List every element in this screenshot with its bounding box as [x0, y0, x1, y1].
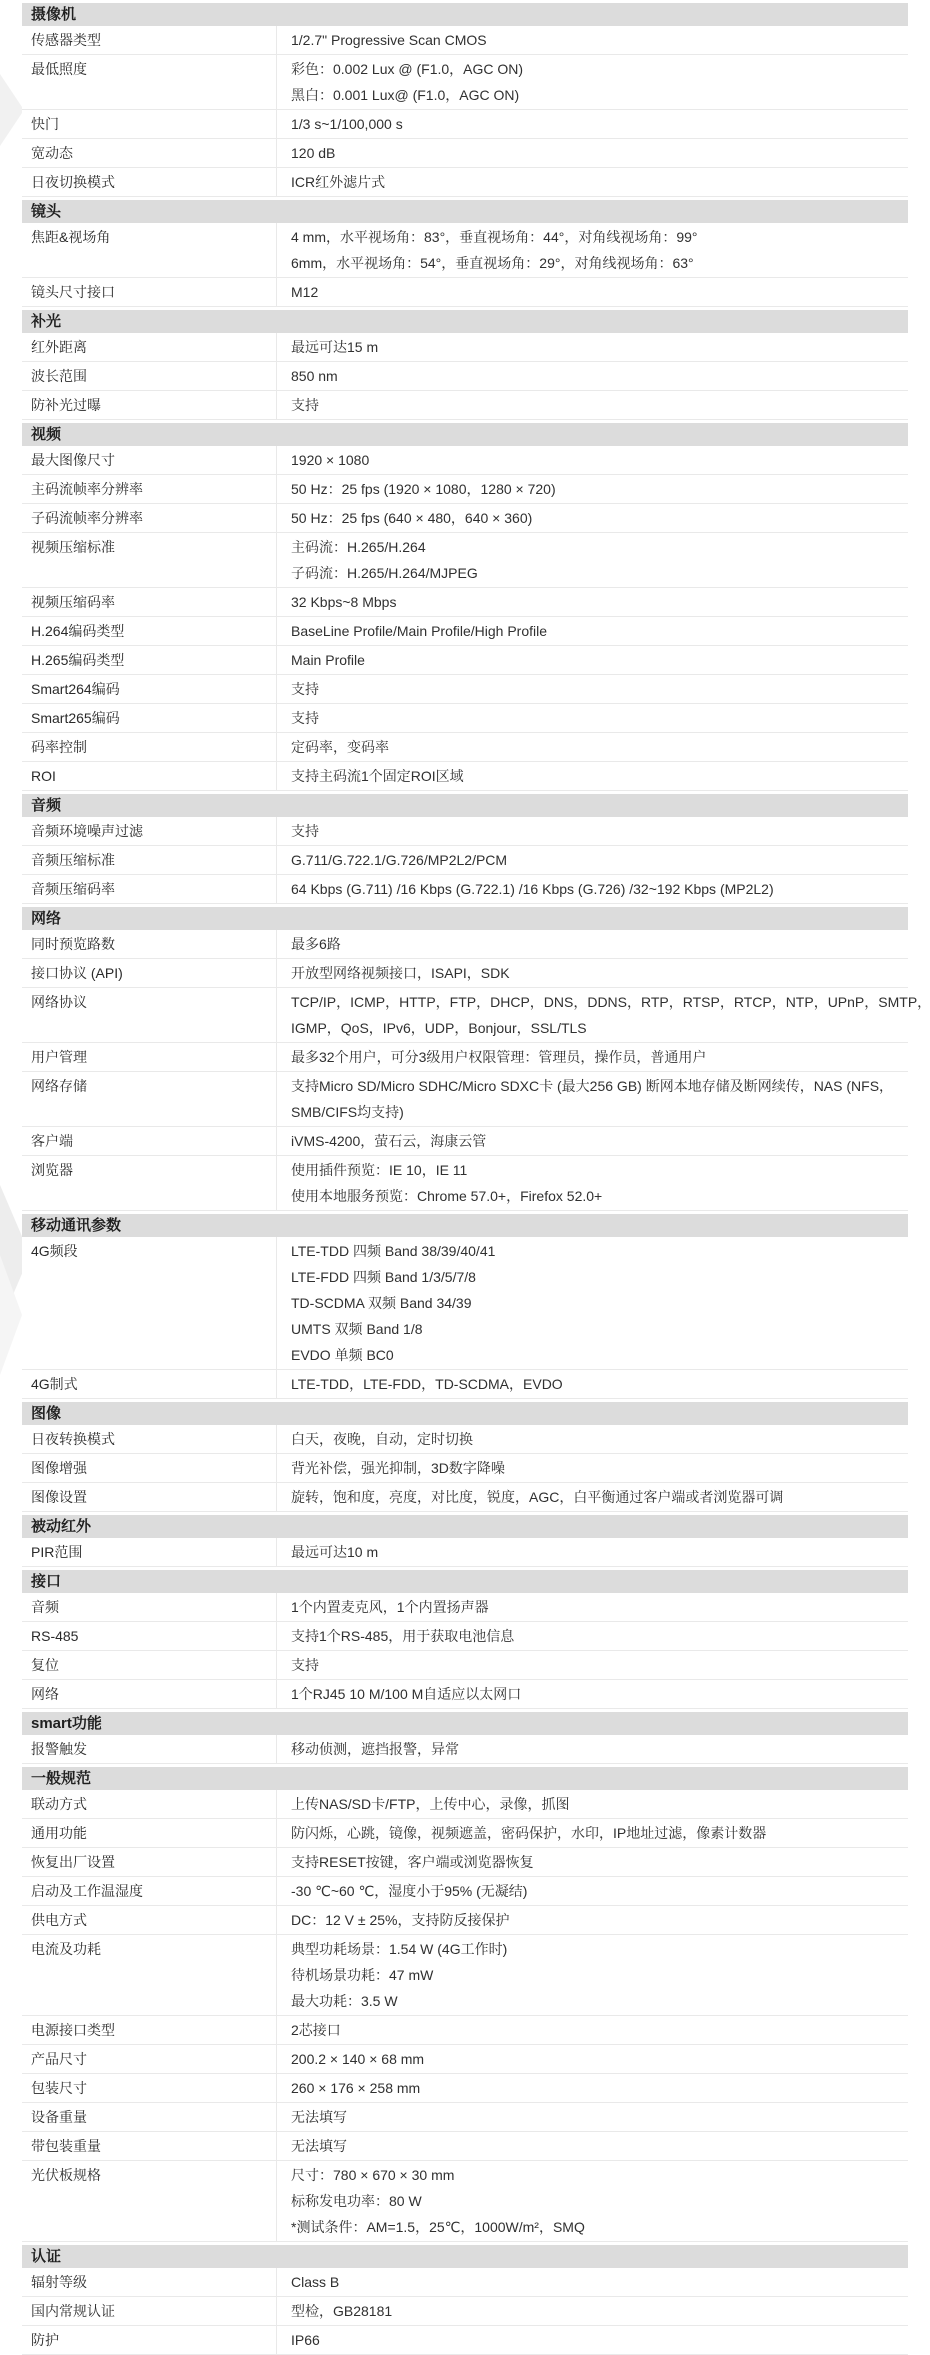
- spec-row: 复位支持: [22, 1651, 908, 1680]
- spec-value: 50 Hz：25 fps (640 × 480，640 × 360): [277, 504, 908, 532]
- spec-row: 音频1个内置麦克风，1个内置扬声器: [22, 1593, 908, 1622]
- spec-value: 120 dB: [277, 139, 908, 167]
- watermark-pattern: [0, 20, 24, 200]
- spec-label: 宽动态: [22, 139, 277, 167]
- spec-label-text: 图像设置: [31, 1484, 268, 1510]
- spec-row: 光伏板规格尺寸：780 × 670 × 30 mm标称发电功率：80 W*测试条…: [22, 2161, 908, 2242]
- spec-value: 260 × 176 × 258 mm: [277, 2074, 908, 2102]
- spec-value: 1/2.7" Progressive Scan CMOS: [277, 26, 908, 54]
- spec-label: Smart264编码: [22, 675, 277, 703]
- section-header: 视频: [22, 423, 908, 446]
- spec-value: 移动侦测，遮挡报警，异常: [277, 1735, 908, 1763]
- spec-label: 产品尺寸: [22, 2045, 277, 2073]
- spec-label-text: 焦距&视场角: [31, 224, 268, 250]
- spec-row: 日夜转换模式白天，夜晚，自动，定时切换: [22, 1425, 908, 1454]
- spec-value-line: 6mm，水平视场角：54°，垂直视场角：29°，对角线视场角：63°: [291, 250, 902, 276]
- spec-label: 接口协议 (API): [22, 959, 277, 987]
- spec-value: 支持: [277, 675, 908, 703]
- spec-value: 防闪烁，心跳，镜像，视频遮盖，密码保护，水印，IP地址过滤，像素计数器: [277, 1819, 908, 1847]
- spec-row: 恢复出厂设置支持RESET按键，客户端或浏览器恢复: [22, 1848, 908, 1877]
- spec-value-line: 1/2.7" Progressive Scan CMOS: [291, 27, 902, 53]
- spec-label: ROI: [22, 762, 277, 790]
- spec-value: 200.2 × 140 × 68 mm: [277, 2045, 908, 2073]
- spec-label-text: 网络: [31, 1681, 268, 1707]
- spec-value-line: 使用本地服务预览：Chrome 57.0+，Firefox 52.0+: [291, 1183, 902, 1209]
- spec-value: 850 nm: [277, 362, 908, 390]
- spec-value-line: 上传NAS/SD卡/FTP，上传中心，录像，抓图: [291, 1791, 902, 1817]
- spec-label-text: 恢复出厂设置: [31, 1849, 268, 1875]
- spec-label: 快门: [22, 110, 277, 138]
- spec-row: 4G频段LTE-TDD 四频 Band 38/39/40/41LTE-FDD 四…: [22, 1237, 908, 1370]
- spec-label-text: 音频环境噪声过滤: [31, 818, 268, 844]
- spec-value-line: 最大功耗：3.5 W: [291, 1988, 902, 2014]
- spec-value-line: 2芯接口: [291, 2017, 902, 2043]
- spec-value-line: TCP/IP，ICMP，HTTP，FTP，DHCP，DNS，DDNS，RTP，R…: [291, 989, 930, 1015]
- spec-value: Main Profile: [277, 646, 908, 674]
- spec-value-line: 背光补偿，强光抑制，3D数字降噪: [291, 1455, 902, 1481]
- spec-value: 最远可达10 m: [277, 1538, 908, 1566]
- spec-label: 网络存储: [22, 1072, 277, 1126]
- spec-label-text: 设备重量: [31, 2104, 268, 2130]
- spec-label-text: 国内常规认证: [31, 2298, 268, 2324]
- spec-label: 图像设置: [22, 1483, 277, 1511]
- spec-row: 辐射等级Class B: [22, 2268, 908, 2297]
- section-header: 接口: [22, 1570, 908, 1593]
- spec-label-text: Smart265编码: [31, 705, 268, 731]
- spec-value-line: 支持: [291, 1652, 902, 1678]
- section-header: 网络: [22, 907, 908, 930]
- spec-value-line: UMTS 双频 Band 1/8: [291, 1316, 902, 1342]
- spec-row: 启动及工作温湿度-30 ℃~60 ℃，湿度小于95% (无凝结): [22, 1877, 908, 1906]
- spec-label: 用户管理: [22, 1043, 277, 1071]
- spec-page: 摄像机传感器类型1/2.7" Progressive Scan CMOS最低照度…: [0, 0, 930, 2355]
- spec-value-line: 支持: [291, 676, 902, 702]
- spec-label: 带包装重量: [22, 2132, 277, 2160]
- spec-row: PIR范围最远可达10 m: [22, 1538, 908, 1567]
- spec-label-text: 报警触发: [31, 1736, 268, 1762]
- spec-value: 支持: [277, 1651, 908, 1679]
- spec-value-line: 64 Kbps (G.711) /16 Kbps (G.722.1) /16 K…: [291, 876, 902, 902]
- spec-value: 支持Micro SD/Micro SDHC/Micro SDXC卡 (最大256…: [277, 1072, 908, 1126]
- spec-label: 电流及功耗: [22, 1935, 277, 2015]
- spec-label-text: ROI: [31, 763, 268, 789]
- spec-label: 恢复出厂设置: [22, 1848, 277, 1876]
- spec-value: 主码流：H.265/H.264子码流：H.265/H.264/MJPEG: [277, 533, 908, 587]
- spec-value: 白天，夜晚，自动，定时切换: [277, 1425, 908, 1453]
- spec-row: 国内常规认证型检，GB28181: [22, 2297, 908, 2326]
- spec-label: 焦距&视场角: [22, 223, 277, 277]
- spec-label-text: 包装尺寸: [31, 2075, 268, 2101]
- section-header: 音频: [22, 794, 908, 817]
- spec-value-line: 50 Hz：25 fps (640 × 480，640 × 360): [291, 505, 902, 531]
- section-header: smart功能: [22, 1712, 908, 1735]
- spec-label-text: Smart264编码: [31, 676, 268, 702]
- spec-value-line: 定码率，变码率: [291, 734, 902, 760]
- spec-label: 客户端: [22, 1127, 277, 1155]
- spec-label-text: 最低照度: [31, 56, 268, 82]
- spec-label: 最大图像尺寸: [22, 446, 277, 474]
- spec-value-line: LTE-FDD 四频 Band 1/3/5/7/8: [291, 1264, 902, 1290]
- spec-row: 供电方式DC：12 V ± 25%，支持防反接保护: [22, 1906, 908, 1935]
- spec-value-line: 防闪烁，心跳，镜像，视频遮盖，密码保护，水印，IP地址过滤，像素计数器: [291, 1820, 902, 1846]
- spec-label: 浏览器: [22, 1156, 277, 1210]
- spec-label-text: 音频压缩码率: [31, 876, 268, 902]
- spec-label-text: PIR范围: [31, 1539, 268, 1565]
- spec-value-line: 支持Micro SD/Micro SDHC/Micro SDXC卡 (最大256…: [291, 1073, 902, 1099]
- spec-label-text: 通用功能: [31, 1820, 268, 1846]
- spec-value-line: -30 ℃~60 ℃，湿度小于95% (无凝结): [291, 1878, 902, 1904]
- spec-row: 最低照度彩色：0.002 Lux @ (F1.0，AGC ON)黑白：0.001…: [22, 55, 908, 110]
- spec-row: 同时预览路数最多6路: [22, 930, 908, 959]
- spec-label-text: 网络存储: [31, 1073, 268, 1099]
- spec-row: 设备重量无法填写: [22, 2103, 908, 2132]
- spec-value-line: G.711/G.722.1/G.726/MP2L2/PCM: [291, 847, 902, 873]
- spec-value-line: 尺寸：780 × 670 × 30 mm: [291, 2162, 902, 2188]
- spec-row: 音频环境噪声过滤支持: [22, 817, 908, 846]
- section-header: 移动通讯参数: [22, 1214, 908, 1237]
- spec-row: 报警触发移动侦测，遮挡报警，异常: [22, 1735, 908, 1764]
- spec-label: 包装尺寸: [22, 2074, 277, 2102]
- spec-label-text: 客户端: [31, 1128, 268, 1154]
- spec-label: H.265编码类型: [22, 646, 277, 674]
- spec-value-line: 旋转，饱和度，亮度，对比度，锐度，AGC，白平衡通过客户端或者浏览器可调: [291, 1484, 902, 1510]
- spec-value-line: LTE-TDD，LTE-FDD，TD-SCDMA，EVDO: [291, 1371, 902, 1397]
- spec-label: 音频环境噪声过滤: [22, 817, 277, 845]
- spec-label: 视频压缩标准: [22, 533, 277, 587]
- spec-row: 视频压缩码率32 Kbps~8 Mbps: [22, 588, 908, 617]
- spec-label-text: 带包装重量: [31, 2133, 268, 2159]
- spec-label: Smart265编码: [22, 704, 277, 732]
- spec-value: 背光补偿，强光抑制，3D数字降噪: [277, 1454, 908, 1482]
- spec-value-line: 支持RESET按键，客户端或浏览器恢复: [291, 1849, 902, 1875]
- spec-value: 典型功耗场景：1.54 W (4G工作时)待机场景功耗：47 mW最大功耗：3.…: [277, 1935, 908, 2015]
- spec-row: 网络1个RJ45 10 M/100 M自适应以太网口: [22, 1680, 908, 1709]
- spec-row: 电源接口类型2芯接口: [22, 2016, 908, 2045]
- spec-value: 支持: [277, 817, 908, 845]
- spec-label-text: 日夜切换模式: [31, 169, 268, 195]
- spec-label-text: 产品尺寸: [31, 2046, 268, 2072]
- section-header: 图像: [22, 1402, 908, 1425]
- spec-label-text: 光伏板规格: [31, 2162, 268, 2188]
- spec-label-text: 用户管理: [31, 1044, 268, 1070]
- section-header: 认证: [22, 2245, 908, 2268]
- spec-row: 焦距&视场角4 mm，水平视场角：83°，垂直视场角：44°，对角线视场角：99…: [22, 223, 908, 278]
- spec-label-text: 启动及工作温湿度: [31, 1878, 268, 1904]
- spec-row: 带包装重量无法填写: [22, 2132, 908, 2161]
- spec-row: 快门1/3 s~1/100,000 s: [22, 110, 908, 139]
- spec-label-text: 视频压缩码率: [31, 589, 268, 615]
- spec-value: G.711/G.722.1/G.726/MP2L2/PCM: [277, 846, 908, 874]
- spec-row: 防补光过曝支持: [22, 391, 908, 420]
- spec-value: 支持主码流1个固定ROI区域: [277, 762, 908, 790]
- spec-value-line: 开放型网络视频接口，ISAPI，SDK: [291, 960, 902, 986]
- spec-value: 最远可达15 m: [277, 333, 908, 361]
- spec-label-text: 红外距离: [31, 334, 268, 360]
- spec-label: 音频压缩码率: [22, 875, 277, 903]
- spec-value: 2芯接口: [277, 2016, 908, 2044]
- spec-label-text: 最大图像尺寸: [31, 447, 268, 473]
- spec-row: 红外距离最远可达15 m: [22, 333, 908, 362]
- spec-label: 日夜切换模式: [22, 168, 277, 196]
- spec-label: 最低照度: [22, 55, 277, 109]
- spec-row: Smart264编码支持: [22, 675, 908, 704]
- spec-value: ICR红外滤片式: [277, 168, 908, 196]
- spec-label: 防护: [22, 2326, 277, 2354]
- spec-label: 复位: [22, 1651, 277, 1679]
- spec-label: 音频: [22, 1593, 277, 1621]
- spec-value: 支持RESET按键，客户端或浏览器恢复: [277, 1848, 908, 1876]
- spec-label-text: 传感器类型: [31, 27, 268, 53]
- spec-label: PIR范围: [22, 1538, 277, 1566]
- spec-row: RS-485支持1个RS-485，用于获取电池信息: [22, 1622, 908, 1651]
- spec-value: iVMS-4200，萤石云，海康云管: [277, 1127, 908, 1155]
- spec-row: 音频压缩码率64 Kbps (G.711) /16 Kbps (G.722.1)…: [22, 875, 908, 904]
- spec-label-text: 宽动态: [31, 140, 268, 166]
- spec-value: 无法填写: [277, 2103, 908, 2131]
- spec-value: 上传NAS/SD卡/FTP，上传中心，录像，抓图: [277, 1790, 908, 1818]
- spec-value: 支持1个RS-485，用于获取电池信息: [277, 1622, 908, 1650]
- spec-value-line: 彩色：0.002 Lux @ (F1.0，AGC ON): [291, 56, 902, 82]
- spec-value-line: 1/3 s~1/100,000 s: [291, 111, 902, 137]
- spec-label-text: 图像增强: [31, 1455, 268, 1481]
- spec-value-line: 移动侦测，遮挡报警，异常: [291, 1736, 902, 1762]
- spec-value: 支持: [277, 391, 908, 419]
- spec-value-line: 典型功耗场景：1.54 W (4G工作时): [291, 1936, 902, 1962]
- spec-value-line: IGMP，QoS，IPv6，UDP，Bonjour，SSL/TLS: [291, 1015, 930, 1041]
- spec-label: 防补光过曝: [22, 391, 277, 419]
- spec-row: 最大图像尺寸1920 × 1080: [22, 446, 908, 475]
- spec-label: 报警触发: [22, 1735, 277, 1763]
- spec-label: 同时预览路数: [22, 930, 277, 958]
- spec-value-line: SMB/CIFS均支持): [291, 1099, 902, 1125]
- spec-label: 波长范围: [22, 362, 277, 390]
- spec-value: BaseLine Profile/Main Profile/High Profi…: [277, 617, 908, 645]
- spec-label-text: 供电方式: [31, 1907, 268, 1933]
- spec-value: 定码率，变码率: [277, 733, 908, 761]
- spec-row: H.264编码类型BaseLine Profile/Main Profile/H…: [22, 617, 908, 646]
- spec-value-line: 待机场景功耗：47 mW: [291, 1962, 902, 1988]
- spec-label-text: 联动方式: [31, 1791, 268, 1817]
- spec-label: 码率控制: [22, 733, 277, 761]
- spec-value-line: 主码流：H.265/H.264: [291, 534, 902, 560]
- spec-value: Class B: [277, 2268, 908, 2296]
- spec-label-text: 防补光过曝: [31, 392, 268, 418]
- spec-row: 通用功能防闪烁，心跳，镜像，视频遮盖，密码保护，水印，IP地址过滤，像素计数器: [22, 1819, 908, 1848]
- section-header: 被动红外: [22, 1515, 908, 1538]
- spec-row: 波长范围850 nm: [22, 362, 908, 391]
- spec-value-line: 1个RJ45 10 M/100 M自适应以太网口: [291, 1681, 902, 1707]
- spec-label: 国内常规认证: [22, 2297, 277, 2325]
- spec-value-line: 白天，夜晚，自动，定时切换: [291, 1426, 902, 1452]
- spec-value-line: 260 × 176 × 258 mm: [291, 2075, 902, 2101]
- spec-value-line: 1个内置麦克风，1个内置扬声器: [291, 1594, 902, 1620]
- spec-value: IP66: [277, 2326, 908, 2354]
- spec-value-line: 支持1个RS-485，用于获取电池信息: [291, 1623, 902, 1649]
- spec-row: 客户端iVMS-4200，萤石云，海康云管: [22, 1127, 908, 1156]
- spec-label: 主码流帧率分辨率: [22, 475, 277, 503]
- spec-value-line: BaseLine Profile/Main Profile/High Profi…: [291, 618, 902, 644]
- spec-value-line: 4 mm，水平视场角：83°，垂直视场角：44°，对角线视场角：99°: [291, 224, 902, 250]
- spec-label: 4G频段: [22, 1237, 277, 1369]
- spec-label: 网络: [22, 1680, 277, 1708]
- spec-label: RS-485: [22, 1622, 277, 1650]
- spec-label: H.264编码类型: [22, 617, 277, 645]
- spec-table: 摄像机传感器类型1/2.7" Progressive Scan CMOS最低照度…: [22, 3, 908, 2355]
- spec-label-text: 4G制式: [31, 1371, 268, 1397]
- section-header: 镜头: [22, 200, 908, 223]
- spec-label: 网络协议: [22, 988, 277, 1042]
- spec-row: 电流及功耗典型功耗场景：1.54 W (4G工作时)待机场景功耗：47 mW最大…: [22, 1935, 908, 2016]
- spec-label: 辐射等级: [22, 2268, 277, 2296]
- spec-row: 包装尺寸260 × 176 × 258 mm: [22, 2074, 908, 2103]
- spec-label-text: 子码流帧率分辨率: [31, 505, 268, 531]
- spec-label: 启动及工作温湿度: [22, 1877, 277, 1905]
- spec-value-line: 1920 × 1080: [291, 447, 902, 473]
- spec-value-line: 50 Hz：25 fps (1920 × 1080，1280 × 720): [291, 476, 902, 502]
- spec-value: 旋转，饱和度，亮度，对比度，锐度，AGC，白平衡通过客户端或者浏览器可调: [277, 1483, 908, 1511]
- spec-label-text: 日夜转换模式: [31, 1426, 268, 1452]
- spec-row: 镜头尺寸接口M12: [22, 278, 908, 307]
- spec-label: 视频压缩码率: [22, 588, 277, 616]
- spec-label-text: 复位: [31, 1652, 268, 1678]
- spec-value: DC：12 V ± 25%，支持防反接保护: [277, 1906, 908, 1934]
- spec-value-line: 最远可达10 m: [291, 1539, 902, 1565]
- spec-value: 型检，GB28181: [277, 2297, 908, 2325]
- spec-value-line: 支持: [291, 818, 902, 844]
- spec-value: 尺寸：780 × 670 × 30 mm标称发电功率：80 W*测试条件：AM=…: [277, 2161, 908, 2241]
- spec-value-line: 使用插件预览：IE 10，IE 11: [291, 1157, 902, 1183]
- spec-value: 50 Hz：25 fps (1920 × 1080，1280 × 720): [277, 475, 908, 503]
- spec-label-text: 镜头尺寸接口: [31, 279, 268, 305]
- spec-value-line: 最远可达15 m: [291, 334, 902, 360]
- section-header: 一般规范: [22, 1767, 908, 1790]
- spec-value-line: 120 dB: [291, 140, 902, 166]
- section-header: 补光: [22, 310, 908, 333]
- spec-row: 图像增强背光补偿，强光抑制，3D数字降噪: [22, 1454, 908, 1483]
- spec-row: 4G制式LTE-TDD，LTE-FDD，TD-SCDMA，EVDO: [22, 1370, 908, 1399]
- spec-label-text: 同时预览路数: [31, 931, 268, 957]
- spec-value: 彩色：0.002 Lux @ (F1.0，AGC ON)黑白：0.001 Lux…: [277, 55, 908, 109]
- spec-label-text: 网络协议: [31, 989, 268, 1015]
- spec-value-line: 无法填写: [291, 2104, 902, 2130]
- spec-value-line: 标称发电功率：80 W: [291, 2188, 902, 2214]
- spec-value-line: 32 Kbps~8 Mbps: [291, 589, 902, 615]
- spec-label-text: 电源接口类型: [31, 2017, 268, 2043]
- spec-value-line: 黑白：0.001 Lux@ (F1.0，AGC ON): [291, 82, 902, 108]
- spec-label-text: 码率控制: [31, 734, 268, 760]
- spec-label-text: 音频压缩标准: [31, 847, 268, 873]
- spec-label-text: 快门: [31, 111, 268, 137]
- spec-value-line: 850 nm: [291, 363, 902, 389]
- spec-value: 1个RJ45 10 M/100 M自适应以太网口: [277, 1680, 908, 1708]
- spec-row: 宽动态120 dB: [22, 139, 908, 168]
- spec-value-line: 最多32个用户，可分3级用户权限管理：管理员，操作员，普通用户: [291, 1044, 902, 1070]
- spec-row: 网络存储支持Micro SD/Micro SDHC/Micro SDXC卡 (最…: [22, 1072, 908, 1127]
- spec-value: 1920 × 1080: [277, 446, 908, 474]
- spec-label-text: 电流及功耗: [31, 1936, 268, 1962]
- spec-value-line: M12: [291, 279, 902, 305]
- spec-value-line: 无法填写: [291, 2133, 902, 2159]
- spec-label-text: 音频: [31, 1594, 268, 1620]
- spec-label: 音频压缩标准: [22, 846, 277, 874]
- spec-value: TCP/IP，ICMP，HTTP，FTP，DHCP，DNS，DDNS，RTP，R…: [277, 988, 930, 1042]
- spec-value: LTE-TDD，LTE-FDD，TD-SCDMA，EVDO: [277, 1370, 908, 1398]
- spec-label-text: 防护: [31, 2327, 268, 2353]
- spec-label-text: 视频压缩标准: [31, 534, 268, 560]
- spec-row: H.265编码类型Main Profile: [22, 646, 908, 675]
- spec-value: 64 Kbps (G.711) /16 Kbps (G.722.1) /16 K…: [277, 875, 908, 903]
- spec-row: 视频压缩标准主码流：H.265/H.264子码流：H.265/H.264/MJP…: [22, 533, 908, 588]
- spec-label: 日夜转换模式: [22, 1425, 277, 1453]
- spec-value-line: 支持: [291, 705, 902, 731]
- spec-label-text: 接口协议 (API): [31, 960, 268, 986]
- spec-row: 用户管理最多32个用户，可分3级用户权限管理：管理员，操作员，普通用户: [22, 1043, 908, 1072]
- spec-value-line: 型检，GB28181: [291, 2298, 902, 2324]
- spec-label: 通用功能: [22, 1819, 277, 1847]
- spec-label: 设备重量: [22, 2103, 277, 2131]
- spec-label-text: H.265编码类型: [31, 647, 268, 673]
- spec-value-line: IP66: [291, 2327, 902, 2353]
- spec-label-text: 主码流帧率分辨率: [31, 476, 268, 502]
- spec-value-line: DC：12 V ± 25%，支持防反接保护: [291, 1907, 902, 1933]
- spec-label: 光伏板规格: [22, 2161, 277, 2241]
- spec-value-line: *测试条件：AM=1.5，25℃，1000W/m²，SMQ: [291, 2214, 902, 2240]
- spec-value: 开放型网络视频接口，ISAPI，SDK: [277, 959, 908, 987]
- spec-value-line: 子码流：H.265/H.264/MJPEG: [291, 560, 902, 586]
- spec-value: 无法填写: [277, 2132, 908, 2160]
- spec-value: 32 Kbps~8 Mbps: [277, 588, 908, 616]
- spec-row: 日夜切换模式ICR红外滤片式: [22, 168, 908, 197]
- spec-row: 接口协议 (API)开放型网络视频接口，ISAPI，SDK: [22, 959, 908, 988]
- section-header: 摄像机: [22, 3, 908, 26]
- spec-label: 子码流帧率分辨率: [22, 504, 277, 532]
- spec-row: 码率控制定码率，变码率: [22, 733, 908, 762]
- spec-label-text: 波长范围: [31, 363, 268, 389]
- watermark-pattern: [0, 1255, 22, 1375]
- spec-row: 音频压缩标准G.711/G.722.1/G.726/MP2L2/PCM: [22, 846, 908, 875]
- spec-row: 产品尺寸200.2 × 140 × 68 mm: [22, 2045, 908, 2074]
- spec-value: 最多32个用户，可分3级用户权限管理：管理员，操作员，普通用户: [277, 1043, 908, 1071]
- spec-value-line: iVMS-4200，萤石云，海康云管: [291, 1128, 902, 1154]
- spec-row: 子码流帧率分辨率50 Hz：25 fps (640 × 480，640 × 36…: [22, 504, 908, 533]
- spec-value-line: EVDO 单频 BC0: [291, 1342, 902, 1368]
- spec-label: 传感器类型: [22, 26, 277, 54]
- spec-row: 图像设置旋转，饱和度，亮度，对比度，锐度，AGC，白平衡通过客户端或者浏览器可调: [22, 1483, 908, 1512]
- spec-value-line: LTE-TDD 四频 Band 38/39/40/41: [291, 1238, 902, 1264]
- spec-row: 浏览器使用插件预览：IE 10，IE 11使用本地服务预览：Chrome 57.…: [22, 1156, 908, 1211]
- spec-label: 供电方式: [22, 1906, 277, 1934]
- spec-label-text: 浏览器: [31, 1157, 268, 1183]
- spec-label-text: 辐射等级: [31, 2269, 268, 2295]
- spec-value-line: TD-SCDMA 双频 Band 34/39: [291, 1290, 902, 1316]
- spec-value: LTE-TDD 四频 Band 38/39/40/41LTE-FDD 四频 Ba…: [277, 1237, 908, 1369]
- spec-row: 主码流帧率分辨率50 Hz：25 fps (1920 × 1080，1280 ×…: [22, 475, 908, 504]
- spec-row: 传感器类型1/2.7" Progressive Scan CMOS: [22, 26, 908, 55]
- spec-value: 1个内置麦克风，1个内置扬声器: [277, 1593, 908, 1621]
- spec-value-line: ICR红外滤片式: [291, 169, 902, 195]
- spec-value-line: 200.2 × 140 × 68 mm: [291, 2046, 902, 2072]
- spec-value: 最多6路: [277, 930, 908, 958]
- spec-value: 使用插件预览：IE 10，IE 11使用本地服务预览：Chrome 57.0+，…: [277, 1156, 908, 1210]
- spec-value-line: 支持: [291, 392, 902, 418]
- spec-value-line: Class B: [291, 2269, 902, 2295]
- spec-label: 图像增强: [22, 1454, 277, 1482]
- spec-value-line: 支持主码流1个固定ROI区域: [291, 763, 902, 789]
- spec-label: 红外距离: [22, 333, 277, 361]
- spec-value: 1/3 s~1/100,000 s: [277, 110, 908, 138]
- spec-value-line: Main Profile: [291, 647, 902, 673]
- spec-value-line: 最多6路: [291, 931, 902, 957]
